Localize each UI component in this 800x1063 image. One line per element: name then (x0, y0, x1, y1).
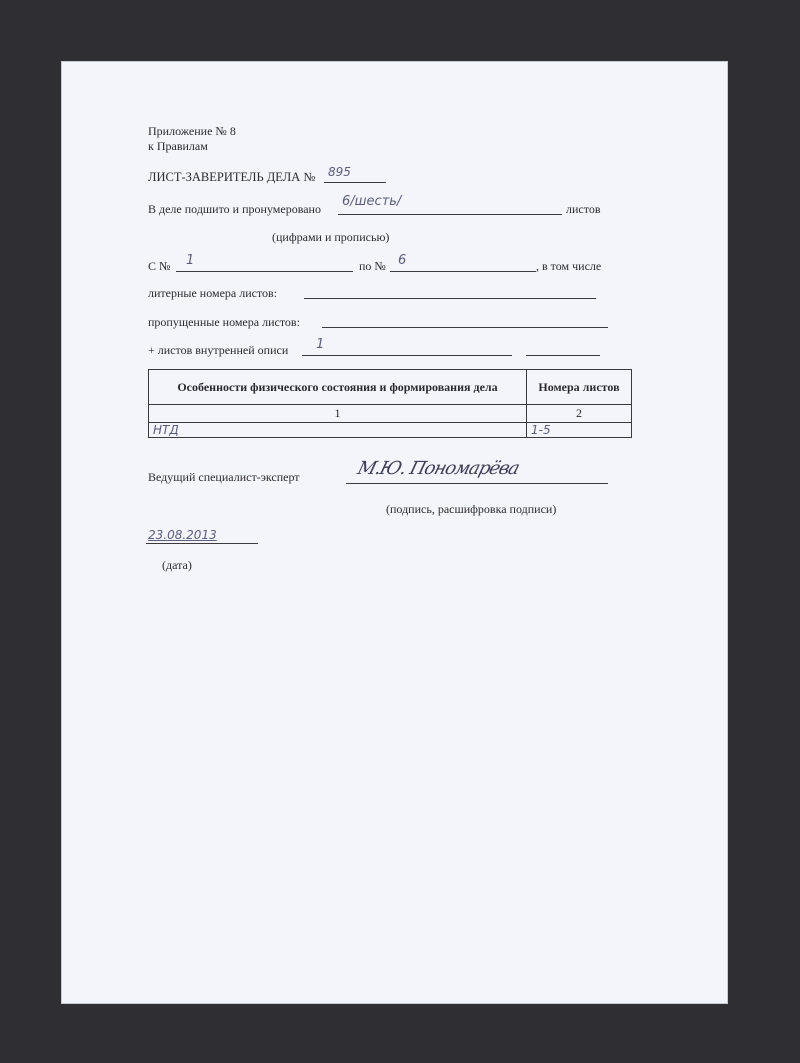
missing-sheets-label: пропущенные номера листов: (148, 315, 300, 329)
from-label: С № (148, 259, 170, 273)
inner-inventory-underline (302, 355, 512, 356)
appendix-line2: к Правилам (148, 139, 208, 153)
index-col2: 2 (527, 405, 632, 423)
inner-inventory-value: 1 (316, 338, 324, 352)
filed-suffix: листов (566, 202, 601, 216)
to-label: по № (359, 259, 386, 273)
letter-sheets-label: литерные номера листов: (148, 286, 277, 300)
inner-inventory-label: + листов внутренней описи (148, 343, 288, 357)
document-title: ЛИСТ-ЗАВЕРИТЕЛЬ ДЕЛА № (148, 170, 315, 184)
table-index-row: 1 2 (149, 405, 632, 423)
from-underline (176, 271, 353, 272)
table-row: НТД 1-5 (149, 423, 632, 438)
document-page: Приложение № 8 к Правилам ЛИСТ-ЗАВЕРИТЕЛ… (62, 62, 727, 1003)
signature-hint: (подпись, расшифровка подписи) (386, 502, 556, 516)
filed-hint: (цифрами и прописью) (272, 230, 389, 244)
feature-value: НТД (149, 423, 527, 438)
date-hint: (дата) (162, 558, 192, 572)
to-underline (390, 271, 536, 272)
date-value: 23.08.2013 (148, 528, 217, 542)
signer-title: Ведущий специалист-эксперт (148, 470, 300, 484)
from-value: 1 (186, 254, 194, 268)
inner-inventory-extra-underline (526, 355, 600, 356)
filed-underline (338, 214, 562, 215)
letter-sheets-underline (304, 298, 596, 299)
including-label: , в том числе (536, 259, 601, 273)
missing-sheets-underline (322, 327, 608, 328)
to-value: 6 (398, 254, 406, 268)
index-col1: 1 (149, 405, 527, 423)
header-features: Особенности физического состояния и форм… (149, 370, 527, 405)
header-sheet-numbers: Номера листов (527, 370, 632, 405)
appendix-line1: Приложение № 8 (148, 124, 236, 138)
features-table: Особенности физического состояния и форм… (148, 369, 632, 438)
table-header-row: Особенности физического состояния и форм… (149, 370, 632, 405)
filed-value: 6/шесть/ (342, 195, 401, 209)
date-underline (146, 543, 258, 544)
sheet-numbers-value: 1-5 (527, 423, 632, 438)
filed-label: В деле подшито и пронумеровано (148, 202, 321, 216)
case-number: 895 (328, 165, 351, 179)
signature: М.Ю. Пономарёва (355, 458, 521, 479)
case-number-underline (324, 182, 386, 183)
signature-underline (346, 483, 608, 484)
